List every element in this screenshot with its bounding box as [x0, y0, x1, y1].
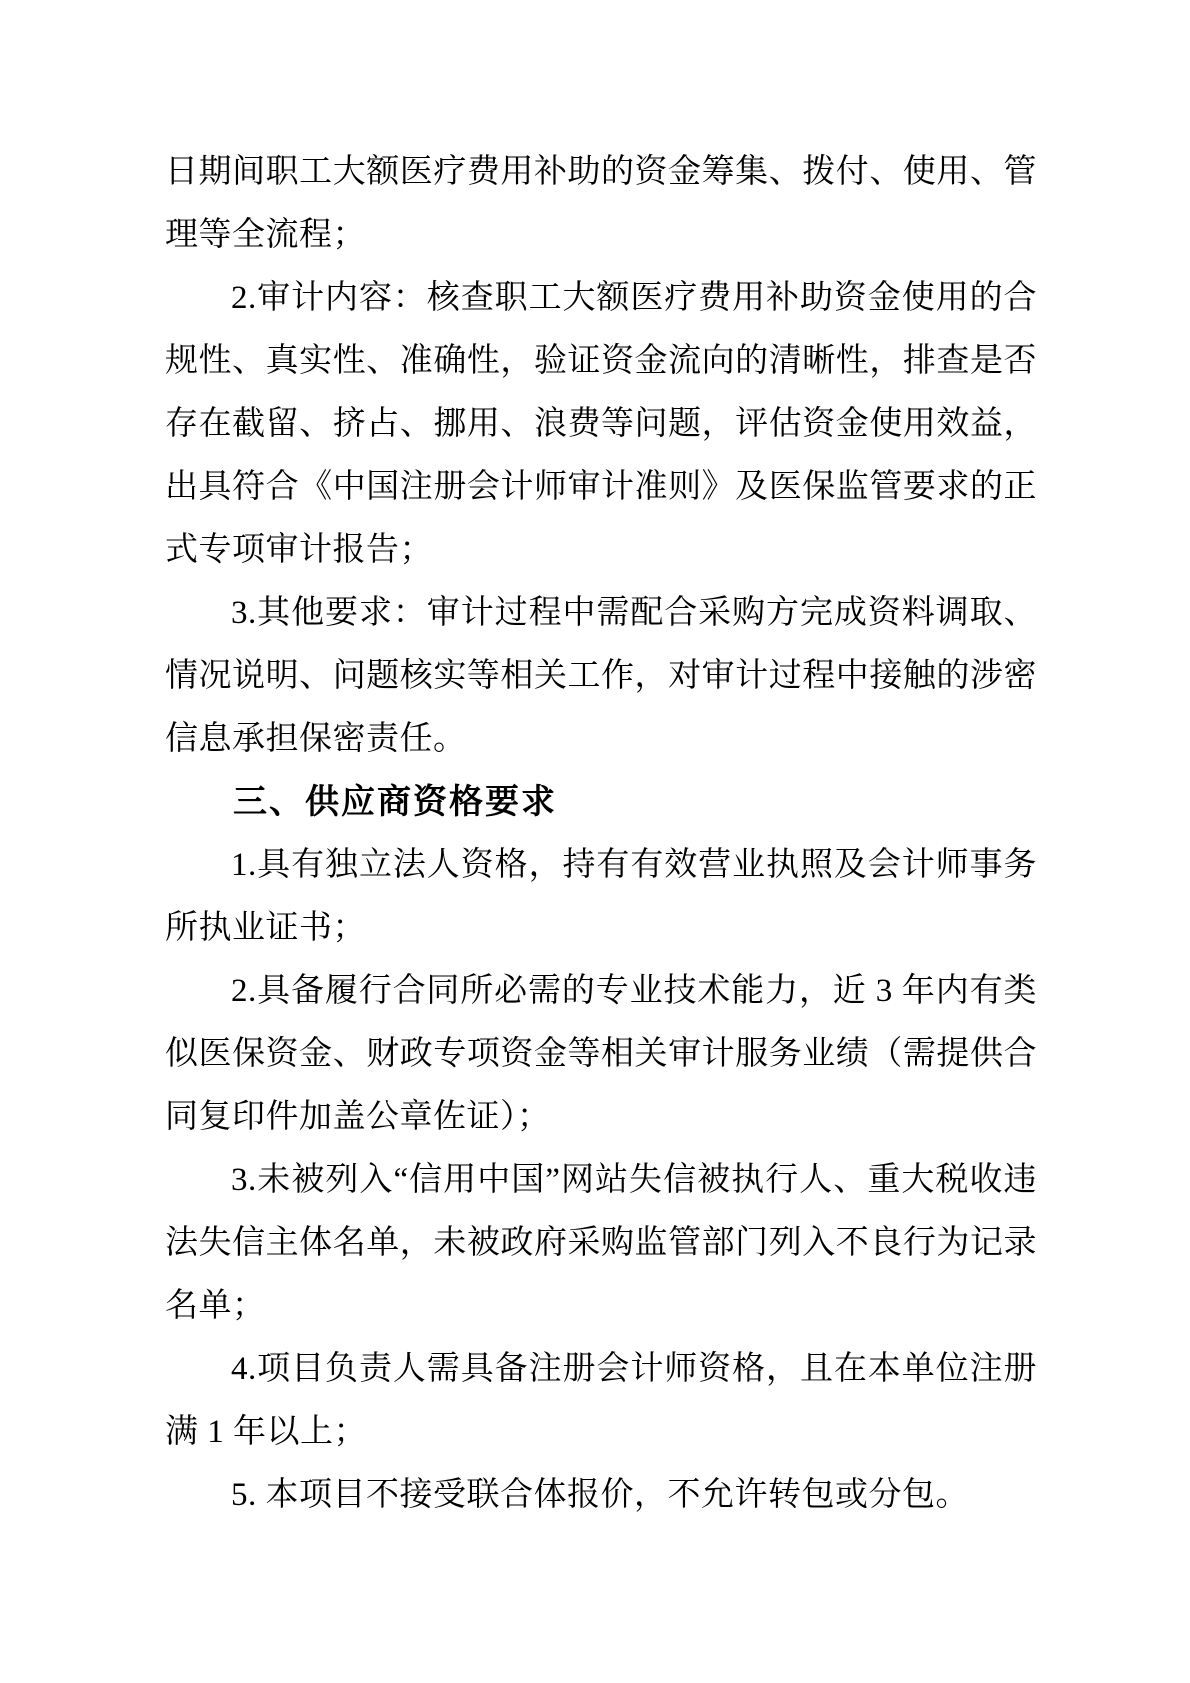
- paragraph: 3.未被列入“信用中国”网站失信被执行人、重大税收违法失信主体名单，未被政府采购…: [165, 1149, 1037, 1338]
- section-heading: 三、供应商资格要求: [165, 771, 1037, 834]
- paragraph: 4.项目负责人需具备注册会计师资格，且在本单位注册满 1 年以上；: [165, 1338, 1037, 1464]
- document-body: 日期间职工大额医疗费用补助的资金筹集、拨付、使用、管理等全流程；2.审计内容：核…: [165, 141, 1037, 1527]
- paragraph: 2.审计内容：核查职工大额医疗费用补助资金使用的合规性、真实性、准确性，验证资金…: [165, 267, 1037, 582]
- paragraph: 3.其他要求：审计过程中需配合采购方完成资料调取、情况说明、问题核实等相关工作，…: [165, 582, 1037, 771]
- paragraph: 5. 本项目不接受联合体报价，不允许转包或分包。: [165, 1464, 1037, 1527]
- paragraph: 日期间职工大额医疗费用补助的资金筹集、拨付、使用、管理等全流程；: [165, 141, 1037, 267]
- paragraph: 1.具有独立法人资格，持有有效营业执照及会计师事务所执业证书；: [165, 834, 1037, 960]
- paragraph: 2.具备履行合同所必需的专业技术能力，近 3 年内有类似医保资金、财政专项资金等…: [165, 960, 1037, 1149]
- document-page: 日期间职工大额医疗费用补助的资金筹集、拨付、使用、管理等全流程；2.审计内容：核…: [0, 0, 1190, 1683]
